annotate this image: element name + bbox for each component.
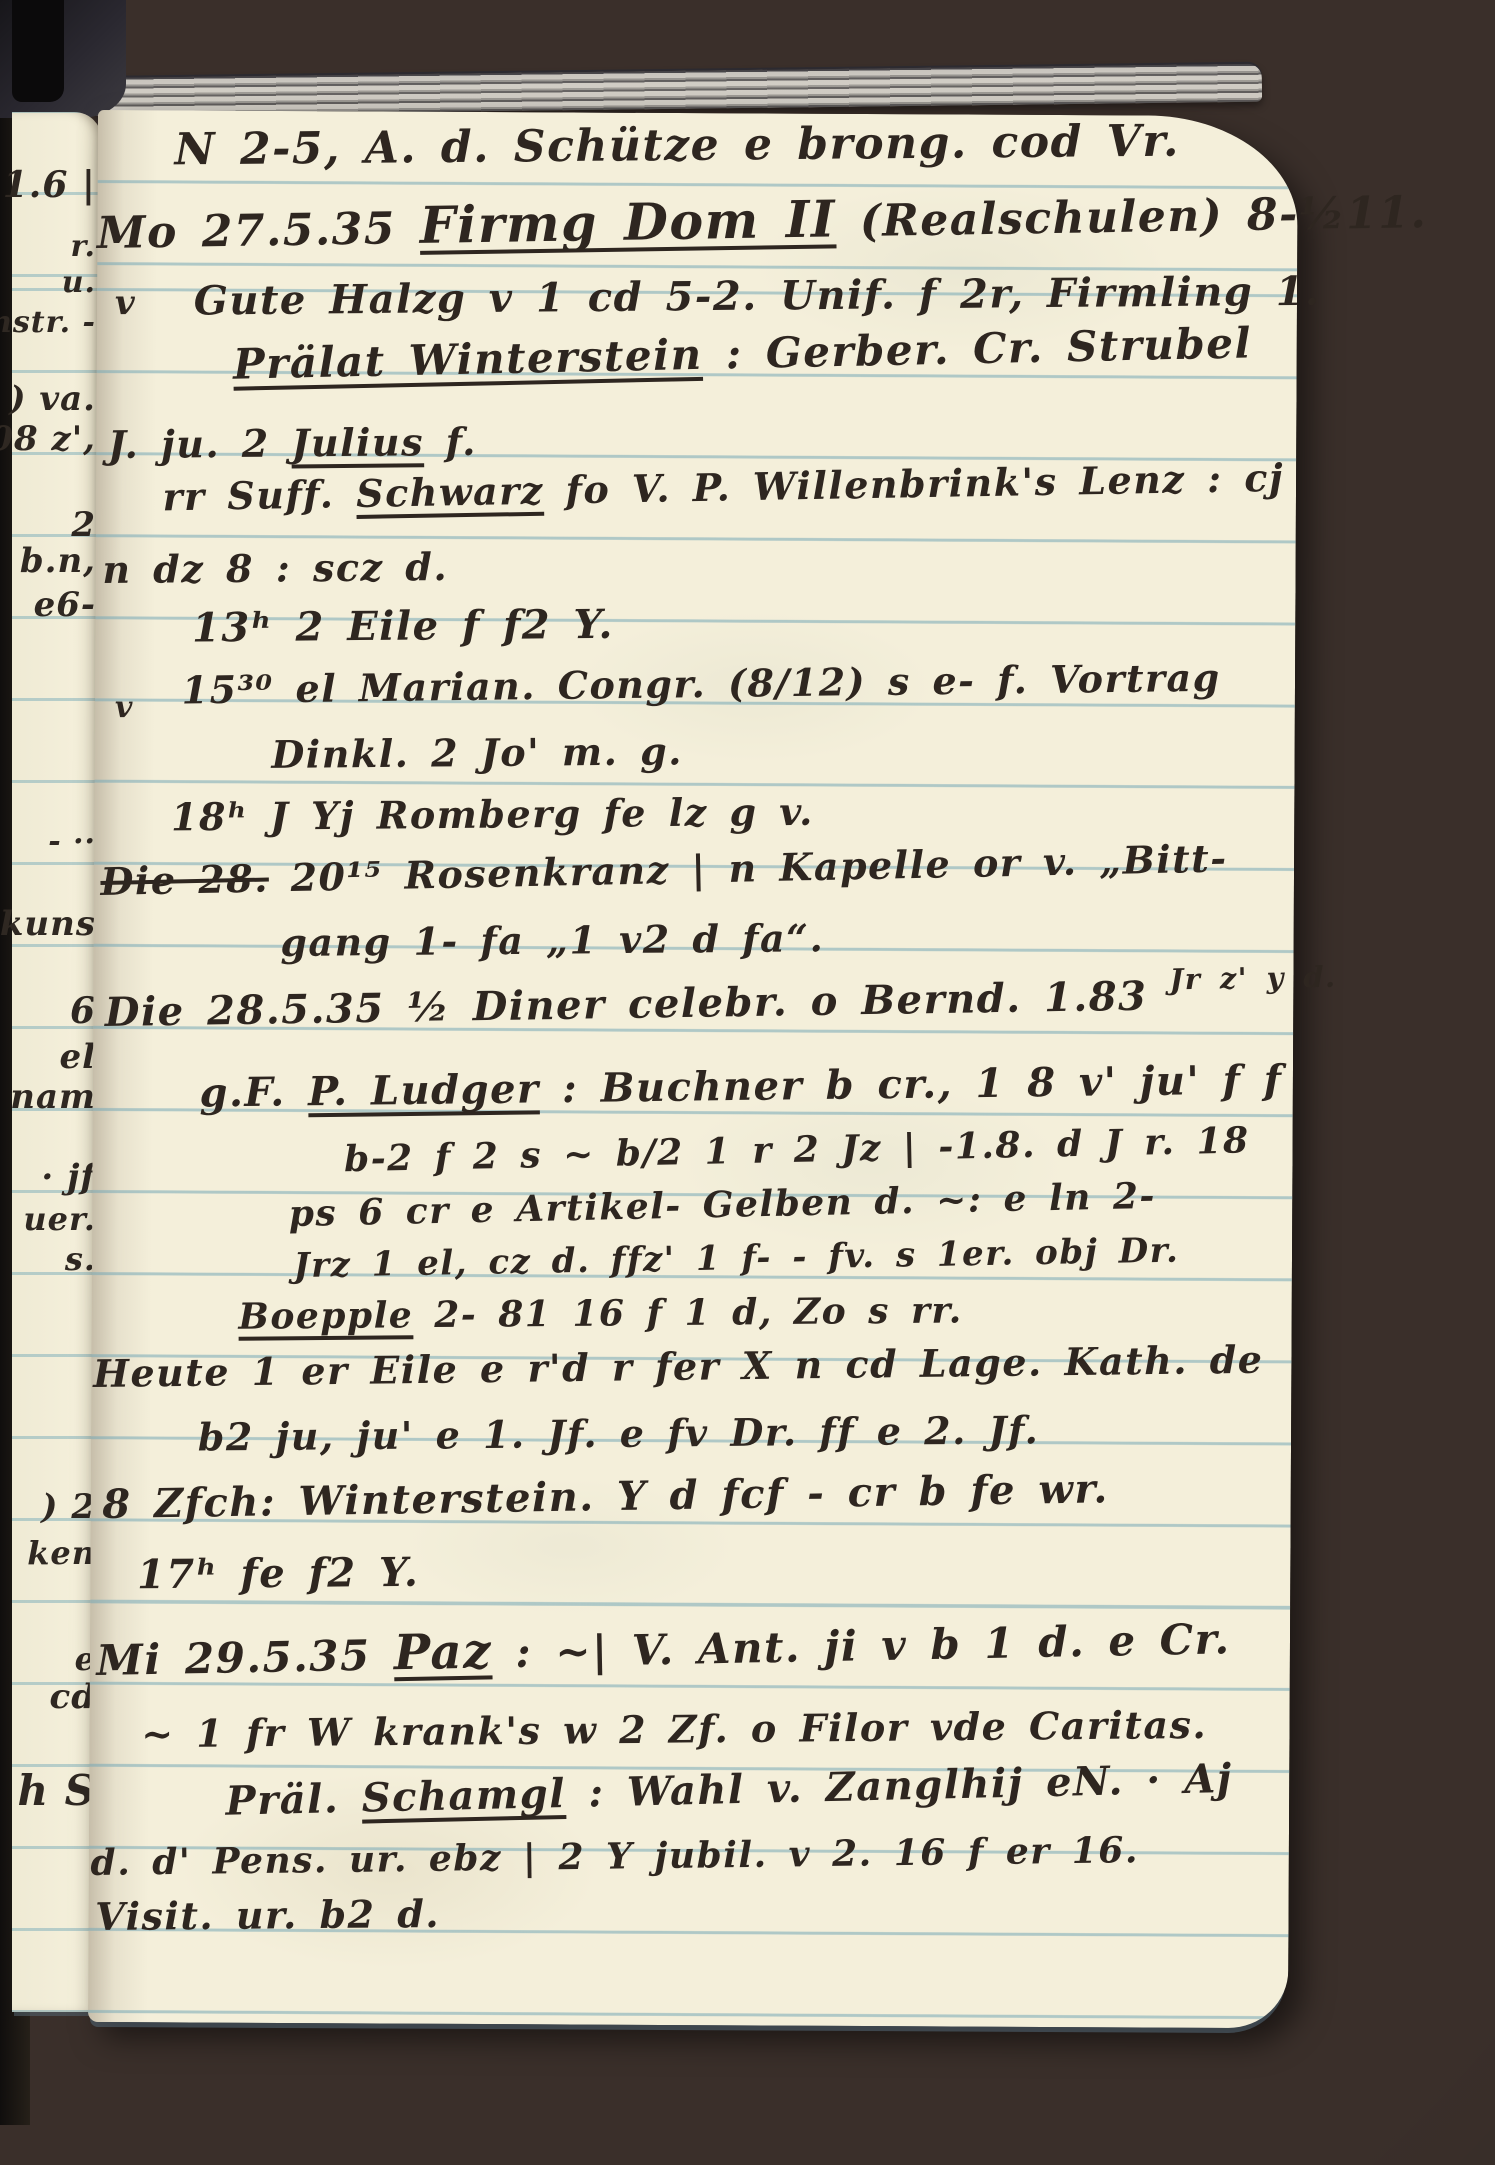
handwriting-segment: 15³⁰ el Marian. Congr. (8/12) s e- f. Vo… [181,655,1221,713]
handwriting-segment: Prälat Winterstein [233,330,703,389]
handwriting-segment: Mo 27.5.35 [96,203,420,259]
scanned-notebook-scene: 1.6 |r.u.Instr. -) va.08 z',2b.n,e6-- ··… [0,0,1495,2165]
handwriting-line-8: 13ʰ 2 Eile f f2 Y. [192,605,614,649]
handwriting-line-23: 17ʰ fe f2 Y. [137,1553,420,1595]
handwriting-segment: Die 28. [100,856,269,905]
handwriting-segment: ~ 1 fr W krank's w 2 Zf. o Filor vde Car… [141,1702,1207,1756]
sliver-text-fragment-10: - ·· [48,827,96,857]
handwriting-line-15: g.F. P. Ludger : Buchner b cr., 1 8 v' j… [199,1060,1282,1113]
sliver-text-fragment-11: kuns [0,907,96,941]
sliver-text-fragment-3: u. [62,268,96,298]
handwriting-segment: : ~| V. Ant. ji v b 1 d. e Cr. [492,1614,1231,1677]
handwriting-segment: d. d' Pens. ur. ebz | 2 Y jubil. v 2. 16… [90,1829,1139,1884]
handwriting-line-5: J. ju. 2 Julius f. [108,423,477,464]
handwriting-segment: 13ʰ 2 Eile f f2 Y. [192,601,614,652]
sliver-text-fragment-12: 6 [70,993,96,1029]
handwriting-line-27: d. d' Pens. ur. ebz | 2 Y jubil. v 2. 16… [90,1832,1139,1881]
sliver-text-fragment-19: ken [27,1537,96,1569]
handwriting-segment: Schwarz [356,468,544,516]
handwriting-line-11: 18ʰ J Yj Romberg fe lz g v. [171,793,814,837]
handwriting-line-16: b-2 f 2 s ~ b/2 1 r 2 Jz | -1.8. d J r. … [344,1122,1250,1177]
handwriting-line-22: 8 Zfch: Winterstein. Y d fcf - cr b fe w… [102,1469,1109,1525]
handwriting-segment: Präl. [225,1775,362,1825]
handwriting-segment: Julius [291,419,424,465]
margin-check-mark-2: v [115,693,133,723]
sliver-text-fragment-8: b.n, [20,544,96,578]
handwriting-segment: Jr z' y d. [1169,960,1336,997]
handwriting-segment: gang 1- fa „1 v2 d fa“. [280,915,824,965]
book-cover-corner [0,0,126,118]
handwriting-line-18: Jrz 1 el, cz d. ffz' 1 f- - fv. s 1er. o… [293,1234,1179,1283]
margin-check-mark-1: v [115,286,135,320]
previous-page-sliver: 1.6 |r.u.Instr. -) va.08 z',2b.n,e6-- ··… [12,112,102,2012]
handwriting-line-28: Visit. ur. b2 d. [95,1895,440,1936]
handwriting-line-13: gang 1- fa „1 v2 d fa“. [280,919,824,962]
handwriting-line-17: ps 6 cr e Artikel- Gelben d. ~: e ln 2- [288,1178,1156,1232]
handwriting-segment: Die 28.5.35 ½ Diner celebr. o Bernd. 1.8… [104,972,1170,1036]
handwriting-segment: rr Suff. [162,471,356,519]
handwriting-line-26: Präl. Schamgl : Wahl v. Zanglhij eN. · A… [225,1759,1233,1822]
sliver-text-fragment-16: uer. [23,1203,96,1235]
handwriting-line-3: Gute Halzg v 1 cd 5-2. Unif. f 2r, Firml… [194,272,1321,322]
sliver-text-fragment-18: ) 2 [41,1490,96,1524]
notebook-page: N 2-5, A. d. Schütze e brong. cod Vr.Mo … [88,110,1298,2028]
handwriting-segment: (Realschulen) 8-½11. [836,187,1428,247]
handwriting-segment: Jrz 1 el, cz d. ffz' 1 f- - fv. s 1er. o… [293,1231,1179,1286]
handwriting-segment: N 2-5, A. d. Schütze e brong. cod Vr. [174,116,1180,176]
handwriting-segment: Schamgl [361,1770,566,1822]
handwriting-segment: fo V. P. Willenbrink's Lenz : cj [543,455,1284,513]
handwriting-line-25: ~ 1 fr W krank's w 2 Zf. o Filor vde Car… [141,1706,1207,1753]
handwriting-segment: Heute 1 er Eile e r'd r fer X n cd Lage.… [93,1337,1264,1396]
handwriting-line-21: b2 ju, ju' e 1. Jf. e fv Dr. ff e 2. Jf. [198,1411,1040,1456]
handwriting-segment: Visit. ur. b2 d. [95,1891,440,1939]
handwriting-line-9: 15³⁰ el Marian. Congr. (8/12) s e- f. Vo… [181,659,1221,710]
handwriting-segment: 18ʰ J Yj Romberg fe lz g v. [171,789,814,840]
handwriting-segment: 17ʰ fe f2 Y. [137,1549,420,1598]
sliver-text-fragment-2: r. [71,232,97,262]
handwriting-line-1: N 2-5, A. d. Schütze e brong. cod Vr. [174,120,1180,173]
handwriting-line-4: Prälat Winterstein : Gerber. Cr. Strubel [233,322,1253,385]
handwriting-segment: f. [424,419,477,464]
handwriting-line-2: Mo 27.5.35 Firmg Dom II (Realschulen) 8-… [96,184,1427,256]
handwriting-segment: Firmg Dom II [419,188,836,255]
handwriting-segment: : Buchner b cr., 1 8 v' ju' f f [539,1056,1282,1112]
handwriting-segment: Dinkl. 2 Jo' m. g. [271,728,683,777]
handwriting-segment: ps 6 cr e Artikel- Gelben d. ~: e ln 2- [288,1175,1156,1235]
handwriting-line-19: Boepple 2- 81 16 f 1 d, Zo s rr. [238,1292,963,1334]
handwriting-segment: J. ju. 2 [108,420,292,467]
handwriting-line-20: Heute 1 er Eile e r'd r fer X n cd Lage.… [93,1341,1264,1393]
sliver-text-fragment-9: e6- [34,588,96,622]
handwriting-layer: N 2-5, A. d. Schütze e brong. cod Vr.Mo … [88,110,1298,2028]
handwriting-line-14: Die 28.5.35 ½ Diner celebr. o Bernd. 1.8… [105,974,1338,1033]
handwriting-segment: 2- 81 16 f 1 d, Zo s rr. [413,1289,963,1336]
sliver-text-fragment-4: Instr. - [0,308,96,338]
handwriting-line-7: n dz 8 : scz d. [102,548,448,589]
handwriting-line-10: Dinkl. 2 Jo' m. g. [271,732,683,774]
handwriting-segment: 8 Zfch: Winterstein. Y d fcf - cr b fe w… [102,1465,1109,1528]
handwriting-segment: Boepple [238,1294,413,1338]
handwriting-segment: 20¹⁵ Rosenkranz | n Kapelle or v. „Bitt- [268,835,1228,900]
sliver-text-fragment-14: nam [10,1080,96,1114]
handwriting-segment: : Wahl v. Zanglhij eN. · Aj [565,1755,1233,1817]
handwriting-segment: Mi 29.5.35 [96,1630,394,1685]
sliver-text-fragment-7: 2 [71,508,96,542]
sliver-text-fragment-5: ) va. [9,382,96,416]
handwriting-segment: g.F. [199,1068,308,1116]
handwriting-segment: Gute Halzg v 1 cd 5-2. Unif. f 2r, Firml… [194,268,1321,325]
sliver-text-fragment-22: h S [18,1770,97,1812]
handwriting-segment: b2 ju, ju' e 1. Jf. e fv Dr. ff e 2. Jf. [198,1407,1040,1459]
sliver-text-fragment-13: el [59,1040,96,1074]
sliver-text-fragment-6: 08 z', [0,422,96,456]
handwriting-segment: : Gerber. Cr. Strubel [702,318,1252,378]
handwriting-segment: P. Ludger [308,1065,540,1115]
sliver-text-fragment-1: 1.6 | [3,167,96,203]
handwriting-segment: b-2 f 2 s ~ b/2 1 r 2 Jz | -1.8. d J r. … [344,1119,1250,1180]
handwriting-line-6: rr Suff. Schwarz fo V. P. Willenbrink's … [162,459,1284,517]
handwriting-line-12: Die 28. 20¹⁵ Rosenkranz | n Kapelle or v… [100,839,1228,901]
handwriting-segment: n dz 8 : scz d. [102,544,448,592]
handwriting-line-24: Mi 29.5.35 Paz : ~| V. Ant. ji v b 1 d. … [96,1613,1231,1683]
sliver-text-fragment-15: · jf [41,1160,96,1194]
handwriting-segment: Paz [393,1623,492,1681]
cover-strap [12,0,64,102]
